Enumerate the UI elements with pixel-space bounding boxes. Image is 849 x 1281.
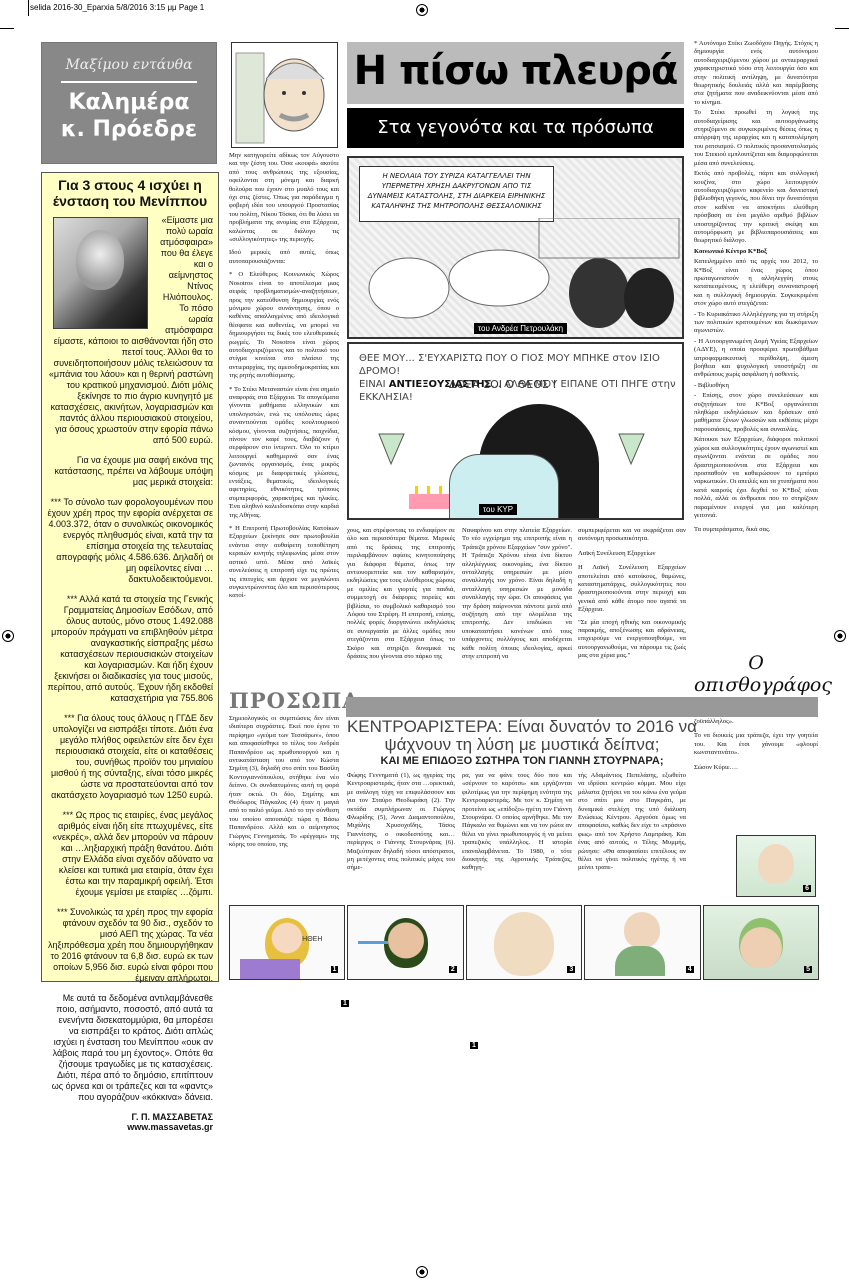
author-name: Γ. Π. ΜΑΣΣΑΒΕΤΑΣ xyxy=(47,1112,213,1122)
feature-column: ζοϋπάλληλος». Το να διοικείς μια τράπεζα… xyxy=(694,718,818,776)
caricature-photo-5: 5 xyxy=(703,905,819,980)
photo-number: 3 xyxy=(567,966,575,973)
article-column: Ναυαρίνου και στην πλατεία Εξαρχείων. Το… xyxy=(462,527,572,662)
caricature-photo-row: ΗΘΕΗ 1 2 3 4 5 xyxy=(229,905,819,980)
article-paragraph: *** Ως προς τις εταιρίες, ένας μεγάλος α… xyxy=(47,810,213,898)
feature-column: τής Αδαμάντιος Πεπελάσης, εξωθείτο να ιδ… xyxy=(578,772,686,873)
article-paragraph: *** Για όλους τους άλλους η ΓΓΔΕ δεν υπο… xyxy=(47,713,213,801)
feature-subheadline: ΚΑΙ ΜΕ ΕΠΙΔΟΞΟ ΣΩΤΗΡΑ ΤΟΝ ΓΙΑΝΝΗ ΣΤΟΥΡΝΑ… xyxy=(346,755,698,767)
article-paragraph: Μην κατηγορείτε αδίκως τον Αύγουστο και … xyxy=(229,152,339,244)
column-header-box: Μαξίμου εντάυθα Καλημέρα κ. Πρόεδρε xyxy=(41,42,217,164)
caricature-photo-4: 4 xyxy=(584,905,700,980)
article-paragraph: Για να έχουμε μια σαφή εικόνα της κατάστ… xyxy=(47,455,213,488)
political-cartoon-2: ΘΕΕ ΜΟΥ... Σ'ΕΥΧΑΡΙΣΤΩ ΠΟΥ Ο ΓΙΟΣ ΜΟΥ ΜΠ… xyxy=(347,342,684,520)
author-website-link[interactable]: www.massavetas.gr xyxy=(47,1122,213,1132)
author-photo xyxy=(53,217,148,329)
photo-number: 5 xyxy=(804,966,812,973)
crop-mark xyxy=(28,0,29,16)
column-title-line1: Καλημέρα xyxy=(42,89,216,116)
page-number: 1 xyxy=(341,1000,349,1007)
column-signature: Ο οπισθογράφος xyxy=(694,652,818,696)
article-column: Μην κατηγορείτε αδίκως τον Αύγουστο και … xyxy=(229,152,339,606)
article-paragraph: *** Το σύνολο των φορολογουμένων που έχο… xyxy=(47,497,213,585)
photo-number: 2 xyxy=(449,966,457,973)
feature-column: ρα, για να φάνε τους δύο που και «σέρνου… xyxy=(462,772,572,873)
registration-mark-icon xyxy=(416,4,428,16)
article-column: * Αυτόνομο Στέκι Ζωοδόχου Πηγής. Στόχος … xyxy=(694,40,818,537)
article-column: συμπεριφέρεται και να εκφράζεται σαν αυτ… xyxy=(578,527,686,665)
photo-number: 6 xyxy=(803,885,811,892)
cartoon-caption-line3: ΔΟΞΑ ΣΟΙ Ο ΘΕΟΣ ! xyxy=(449,378,557,391)
subheading: Κοινωνικό Κέντρο Κ*Βοξ xyxy=(694,248,818,256)
caricature-photo-6: 6 xyxy=(736,835,816,897)
print-slug: selida 2016-30_Eparxia 5/8/2016 3:15 μμ … xyxy=(30,3,204,12)
cartoon-speech-bubble: Η ΝΕΟΛΑΙΑ ΤΟΥ ΣΥΡΙΖΑ ΚΑΤΑΓΓΕΛΛΕΙ ΤΗΝ ΥΠΕ… xyxy=(359,166,554,222)
article-paragraph: *** Αλλά κατά τα στοιχεία της Γενικής Γρ… xyxy=(47,594,213,704)
article-paragraph: * Ο Ελεύθερος Κοινωνικός Χώρος Nosotros … xyxy=(229,271,339,380)
registration-mark-icon xyxy=(2,630,14,642)
political-cartoon-1: Η ΝΕΟΛΑΙΑ ΤΟΥ ΣΥΡΙΖΑ ΚΑΤΑΓΓΕΛΛΕΙ ΤΗΝ ΥΠΕ… xyxy=(347,156,684,339)
section-label-prosopa: ΠΡΟΣΩΠΑ xyxy=(229,688,339,713)
subheading: Λαϊκή Συνέλευση Εξαρχείων xyxy=(578,550,686,558)
article-headline: Για 3 στους 4 ισχύει η ένσταση του Μενίπ… xyxy=(47,177,213,209)
caricature-photo-3: 3 xyxy=(466,905,582,980)
feature-column: Φώφης Γεννηματά (1), ως ηγερίας της Κεντ… xyxy=(347,772,455,873)
caricature-photo-1: ΗΘΕΗ 1 xyxy=(229,905,345,980)
cartoon-credit: του ΚΥΡ xyxy=(479,504,517,515)
article-paragraph: Ιδού μερικές από αυτές, όπως αυτοπαρουσι… xyxy=(229,249,339,266)
column-title-line2: κ. Πρόεδρε xyxy=(42,116,216,143)
cartoon-credit: του Ανδρέα Πετρουλάκη xyxy=(474,323,567,334)
registration-mark-icon xyxy=(416,1266,428,1278)
section-title: Η πίσω πλευρά xyxy=(347,42,684,100)
photo-number: 1 xyxy=(331,966,339,973)
article-paragraph: *** Συνολικώς τα χρέη προς την εφορία φτ… xyxy=(47,907,213,984)
feature-header-bar xyxy=(346,697,818,717)
editorial-article: Για 3 στους 4 ισχύει η ένσταση του Μενίπ… xyxy=(41,172,219,982)
column-kicker: Μαξίμου εντάυθα xyxy=(42,57,216,73)
article-paragraph: * Η Επιτροπή Πρωτοβουλίας Κατοίκων Εξαρχ… xyxy=(229,525,339,601)
feature-headline: ΚΕΝΤΡΟΑΡΙΣΤΕΡΑ: Είναι δυνατόν το 2016 να… xyxy=(346,718,698,754)
prosopa-text: Σημειολογικός οι συμπτώσεις δεν είναι ιδ… xyxy=(229,715,339,850)
section-title-box: Η πίσω πλευρά xyxy=(347,42,684,104)
page-number: 1 xyxy=(470,1042,478,1049)
divider xyxy=(61,81,197,83)
article-column: χους, και στρέφονταις το ενδιαφέρον σε ό… xyxy=(347,527,455,662)
section-subtitle: Στα γεγονότα και τα πρόσωπα xyxy=(347,108,684,148)
article-intro: «Είμαστε μια πολύ ωραία ατμόσφαιρα» που … xyxy=(47,215,213,446)
article-paragraph: * Το Στέκι Μεταναστών είναι ένα σημείο α… xyxy=(229,386,339,521)
caricature-face xyxy=(758,844,794,884)
caricature-photo-2: 2 xyxy=(347,905,463,980)
caricature-image xyxy=(231,42,338,148)
registration-mark-icon xyxy=(834,630,846,642)
crop-mark xyxy=(0,28,14,29)
article-paragraph: Με αυτά τα δεδομένα αντιλαμβάνεσθε ποιο,… xyxy=(47,993,213,1103)
crop-mark xyxy=(835,28,849,29)
photo-number: 4 xyxy=(686,966,694,973)
